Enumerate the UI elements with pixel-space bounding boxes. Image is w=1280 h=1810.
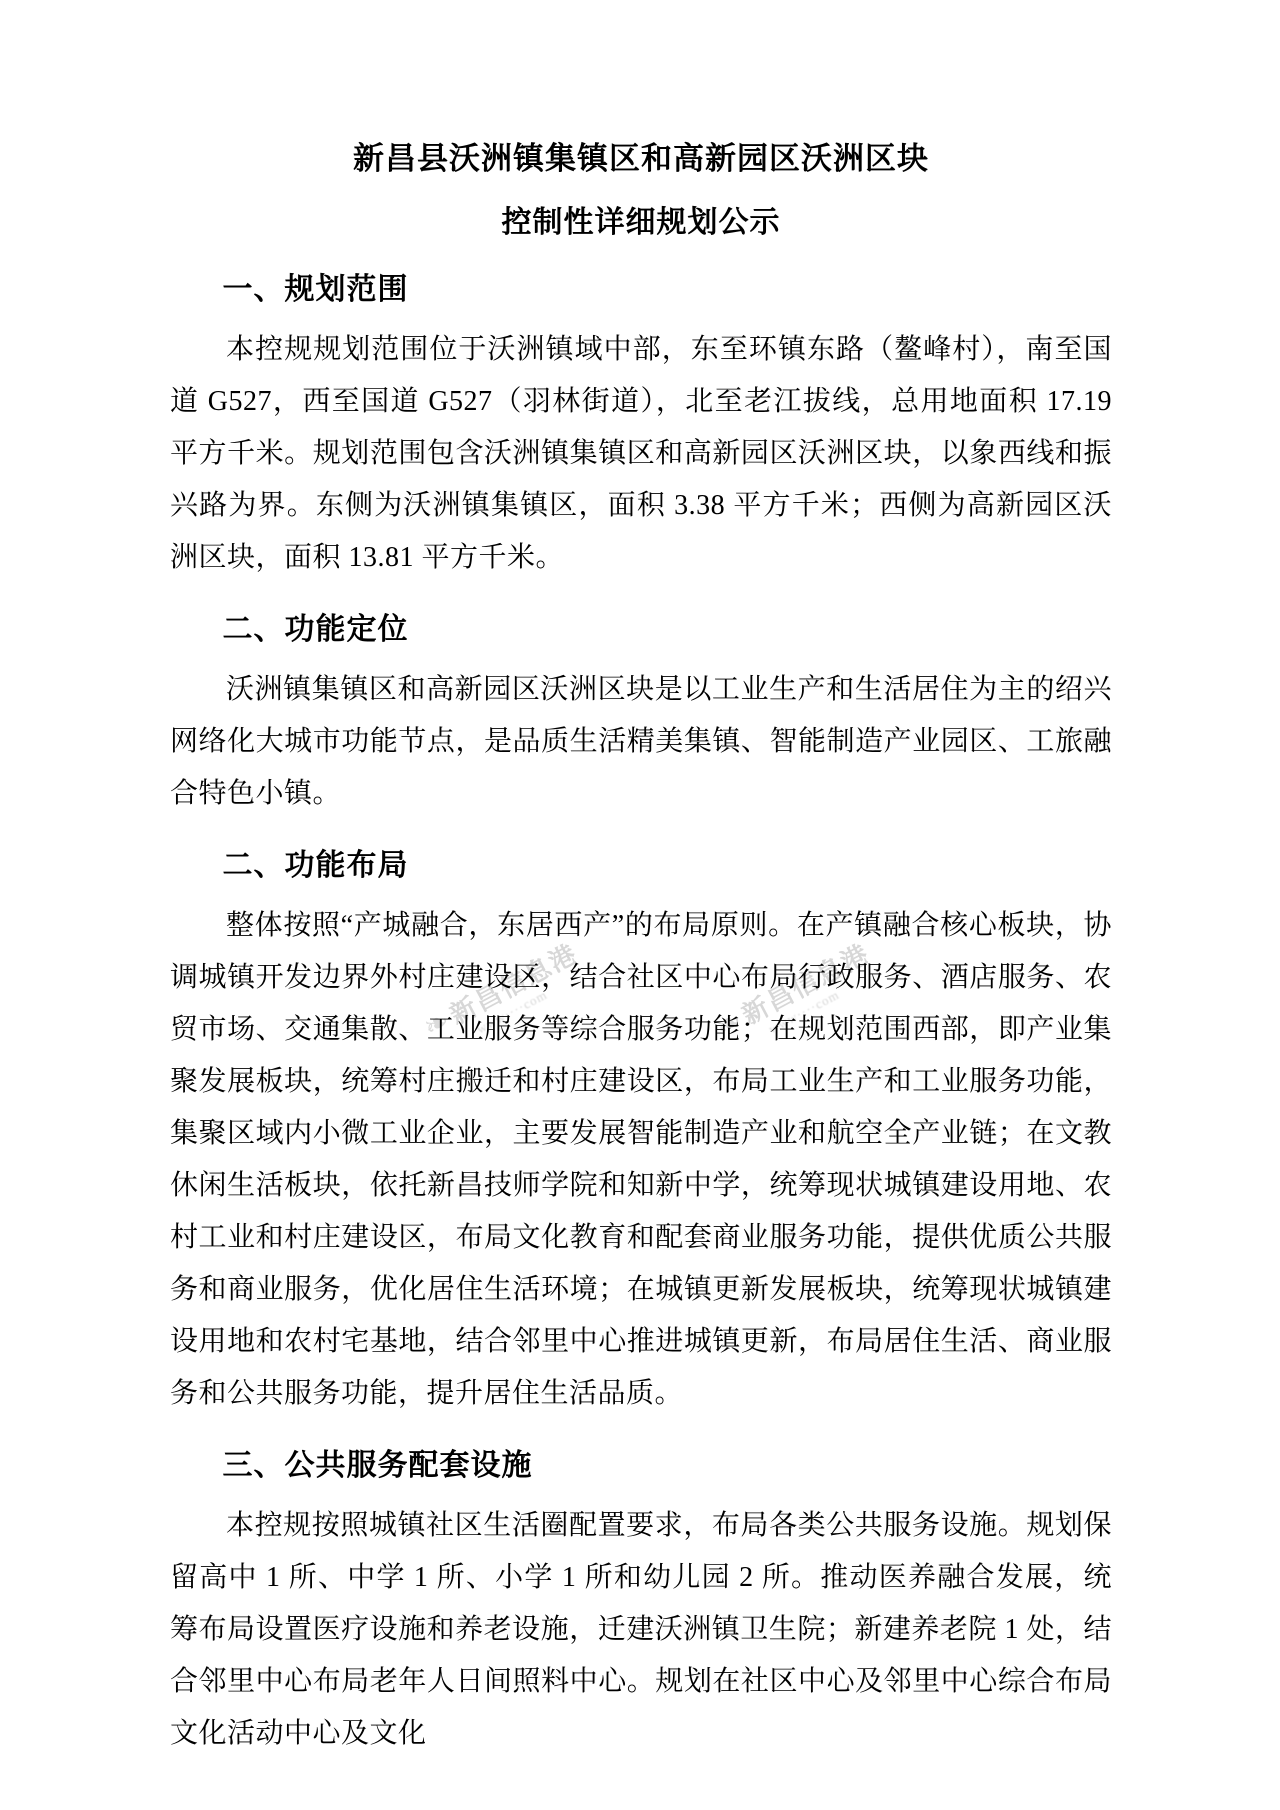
section-paragraph: 整体按照“产城融合，东居西产”的布局原则。在产镇融合核心板块，协调城镇开发边界外…: [170, 900, 1112, 1420]
doc-section: 一、规划范围 本控规规划范围位于沃洲镇域中部，东至环镇东路（鳌峰村），南至国道 …: [170, 268, 1112, 584]
section-heading: 一、规划范围: [170, 268, 1112, 312]
doc-title-line1: 新昌县沃洲镇集镇区和高新园区沃洲区块: [170, 138, 1112, 180]
doc-title-line2: 控制性详细规划公示: [170, 202, 1112, 244]
section-heading: 二、功能布局: [170, 844, 1112, 888]
doc-section: 三、公共服务配套设施 本控规按照城镇社区生活圈配置要求，布局各类公共服务设施。规…: [170, 1444, 1112, 1760]
section-heading: 二、功能定位: [170, 608, 1112, 652]
section-paragraph: 本控规规划范围位于沃洲镇域中部，东至环镇东路（鳌峰村），南至国道 G527，西至…: [170, 324, 1112, 584]
section-paragraph: 沃洲镇集镇区和高新园区沃洲区块是以工业生产和生活居住为主的绍兴网络化大城市功能节…: [170, 664, 1112, 820]
document-page: 新昌县沃洲镇集镇区和高新园区沃洲区块 控制性详细规划公示 一、规划范围 本控规规…: [0, 0, 1280, 1810]
section-paragraph: 本控规按照城镇社区生活圈配置要求，布局各类公共服务设施。规划保留高中 1 所、中…: [170, 1500, 1112, 1760]
section-heading: 三、公共服务配套设施: [170, 1444, 1112, 1488]
doc-section: 二、功能布局 整体按照“产城融合，东居西产”的布局原则。在产镇融合核心板块，协调…: [170, 844, 1112, 1420]
doc-section: 二、功能定位 沃洲镇集镇区和高新园区沃洲区块是以工业生产和生活居住为主的绍兴网络…: [170, 608, 1112, 820]
doc-sections: 一、规划范围 本控规规划范围位于沃洲镇域中部，东至环镇东路（鳌峰村），南至国道 …: [170, 268, 1112, 1760]
